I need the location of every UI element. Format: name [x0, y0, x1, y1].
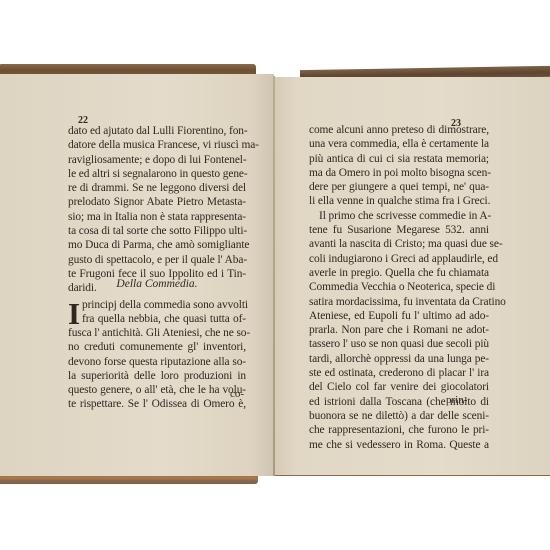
- text-line: fra quella nebbia, che quasi tutta of-: [82, 312, 246, 326]
- text-line: Il primo che scrivesse commedie in A-: [309, 209, 489, 223]
- text-line: gusto di spettacolo, e per il quale l' A…: [68, 253, 246, 267]
- text-line: come alcuni anno preteso di dimostrare,: [309, 123, 489, 137]
- left-paragraph-2-start: principj della commedia sono avvolti fra…: [82, 298, 246, 327]
- left-paragraph-2-rest: fusca l' antichità. Gli Ateniesi, che ne…: [68, 326, 246, 412]
- catchword-left: co-: [230, 388, 244, 400]
- text-line: le ed altri si segnalarono in questo gen…: [68, 167, 246, 181]
- text-line: tardi, allorchè oppressi da una lunga pe…: [309, 352, 489, 366]
- text-line: mo Duca di Parma, che amò somigliante: [68, 238, 246, 252]
- text-line: ravigliosamente; e dopo di lui Fontenel-: [68, 153, 246, 167]
- text-line: me che si vedessero in Roma. Queste a: [309, 438, 489, 452]
- book-gutter: [273, 76, 275, 476]
- text-line: ste ed ostinata, crederono di placar l' …: [309, 366, 489, 380]
- text-line: ma da Omero in poi molto bisogna scen-: [309, 166, 489, 180]
- text-line: la superiorità delle loro produzioni in: [68, 369, 246, 383]
- text-line: prelodato Signor Abate Pietro Metasta-: [68, 195, 246, 209]
- text-line: avanti la nascita di Cristo; ma quasi du…: [309, 237, 489, 251]
- text-line: ta cosa di tal sorte che sotto Filippo u…: [68, 224, 246, 238]
- text-line: che rappresentazioni, che furono le pri-: [309, 423, 489, 437]
- text-line: satira mordacissima, fu inventata da Cra…: [309, 295, 489, 309]
- text-line: te rispettare. Se l' Odissea di Omero è,: [68, 397, 246, 411]
- text-line: dato ed ajutato dal Lulli Fiorentino, fo…: [68, 124, 246, 138]
- text-line: averle in pregio. Quella che fu chiamata: [309, 266, 489, 280]
- text-line: tene fu Susarione Megarese 532. anni: [309, 223, 489, 237]
- text-line: tassero l' uso se non quasi due secoli p…: [309, 337, 489, 351]
- text-line: del Cielo col far venire dei giocolatori: [309, 380, 489, 394]
- text-line: coli indugiarono i Greci ad applaudirle,…: [309, 252, 489, 266]
- text-line: questo genere, o all' età, che le ha vol…: [68, 383, 246, 397]
- text-line: li ella venne in qualche stima fra i Gre…: [309, 194, 489, 208]
- left-paragraph-1: dato ed ajutato dal Lulli Fiorentino, fo…: [68, 124, 246, 296]
- text-line: fusca l' antichità. Gli Ateniesi, che ne…: [68, 326, 246, 340]
- text-line: buonora se ne dilettò) a dar delle sceni…: [309, 409, 489, 423]
- text-line: una vera commedia, ella è certamente la: [309, 137, 489, 151]
- text-line: Commedia Vecchia o Neoterica, specie di: [309, 280, 489, 294]
- text-line: devono forse questa riputazione alla so-: [68, 355, 246, 369]
- text-line: sio; ma in Italia non è stata rappresent…: [68, 210, 246, 224]
- text-line: più antica di cui ci sia restata memoria…: [309, 152, 489, 166]
- text-line: datore della musica Francese, vi riuscì …: [68, 138, 246, 152]
- text-line: principj della commedia sono avvolti: [82, 298, 246, 312]
- catchword-right: prin-: [446, 394, 467, 406]
- text-line: re di drammi. Se ne leggono diversi del: [68, 181, 246, 195]
- drop-cap: I: [68, 300, 80, 328]
- section-heading: Della Commedia.: [68, 278, 246, 290]
- text-line: Ateniese, ed Eupoli fu l' ultimo ad ado-: [309, 309, 489, 323]
- text-line: dere per giungere a quei tempi, ne' qua-: [309, 180, 489, 194]
- text-line: no creduti comunemente gl' inventori,: [68, 340, 246, 354]
- text-line: prarla. Non pare che i Romani ne adot-: [309, 323, 489, 337]
- open-book: 22 dato ed ajutato dal Lulli Fiorentino,…: [0, 0, 550, 550]
